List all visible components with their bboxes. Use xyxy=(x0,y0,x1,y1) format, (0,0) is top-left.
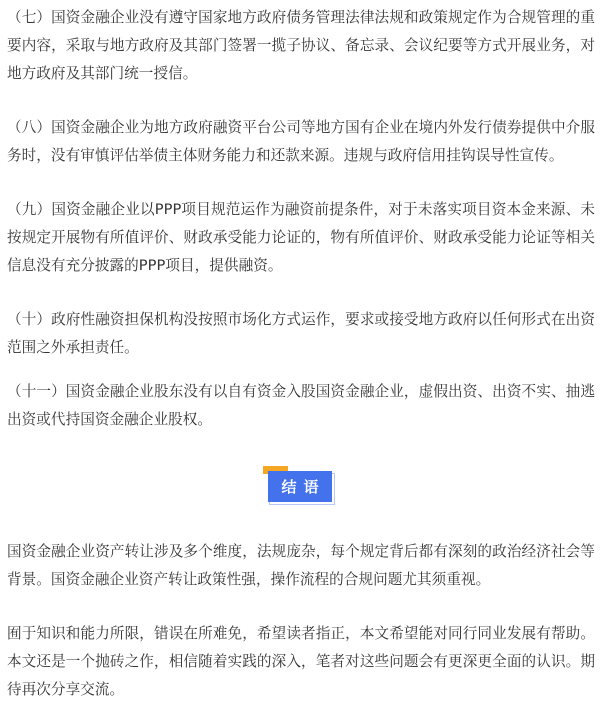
paragraph-conclusion-2: 囿于知识和能力所限，错误在所难免，希望读者指正，本文希望能对同行同业发展有帮助。… xyxy=(7,620,595,704)
section-heading-conclusion: 结语 xyxy=(263,466,335,506)
paragraph-item-10: （十）政府性融资担保机构没按照市场化方式运作，要求或接受地方政府以任何形式在出资… xyxy=(7,306,595,362)
paragraph-conclusion-1: 国资金融企业资产转让涉及多个维度，法规庞杂，每个规定背后都有深刻的政治经济社会等… xyxy=(7,538,595,594)
paragraph-item-7: （七）国资金融企业没有遵守国家地方政府债务管理法律法规和政策规定作为合规管理的重… xyxy=(7,4,595,88)
section-heading-label: 结语 xyxy=(268,471,332,502)
paragraph-item-11: （十一）国资金融企业股东没有以自有资金入股国资金融企业，虚假出资、出资不实、抽逃… xyxy=(7,378,595,434)
paragraph-item-9: （九）国资金融企业以PPP项目规范运作为融资前提条件，对于未落实项目资本金来源、… xyxy=(7,196,595,280)
paragraph-item-8: （八）国资金融企业为地方政府融资平台公司等地方国有企业在境内外发行债券提供中介服… xyxy=(7,114,595,170)
